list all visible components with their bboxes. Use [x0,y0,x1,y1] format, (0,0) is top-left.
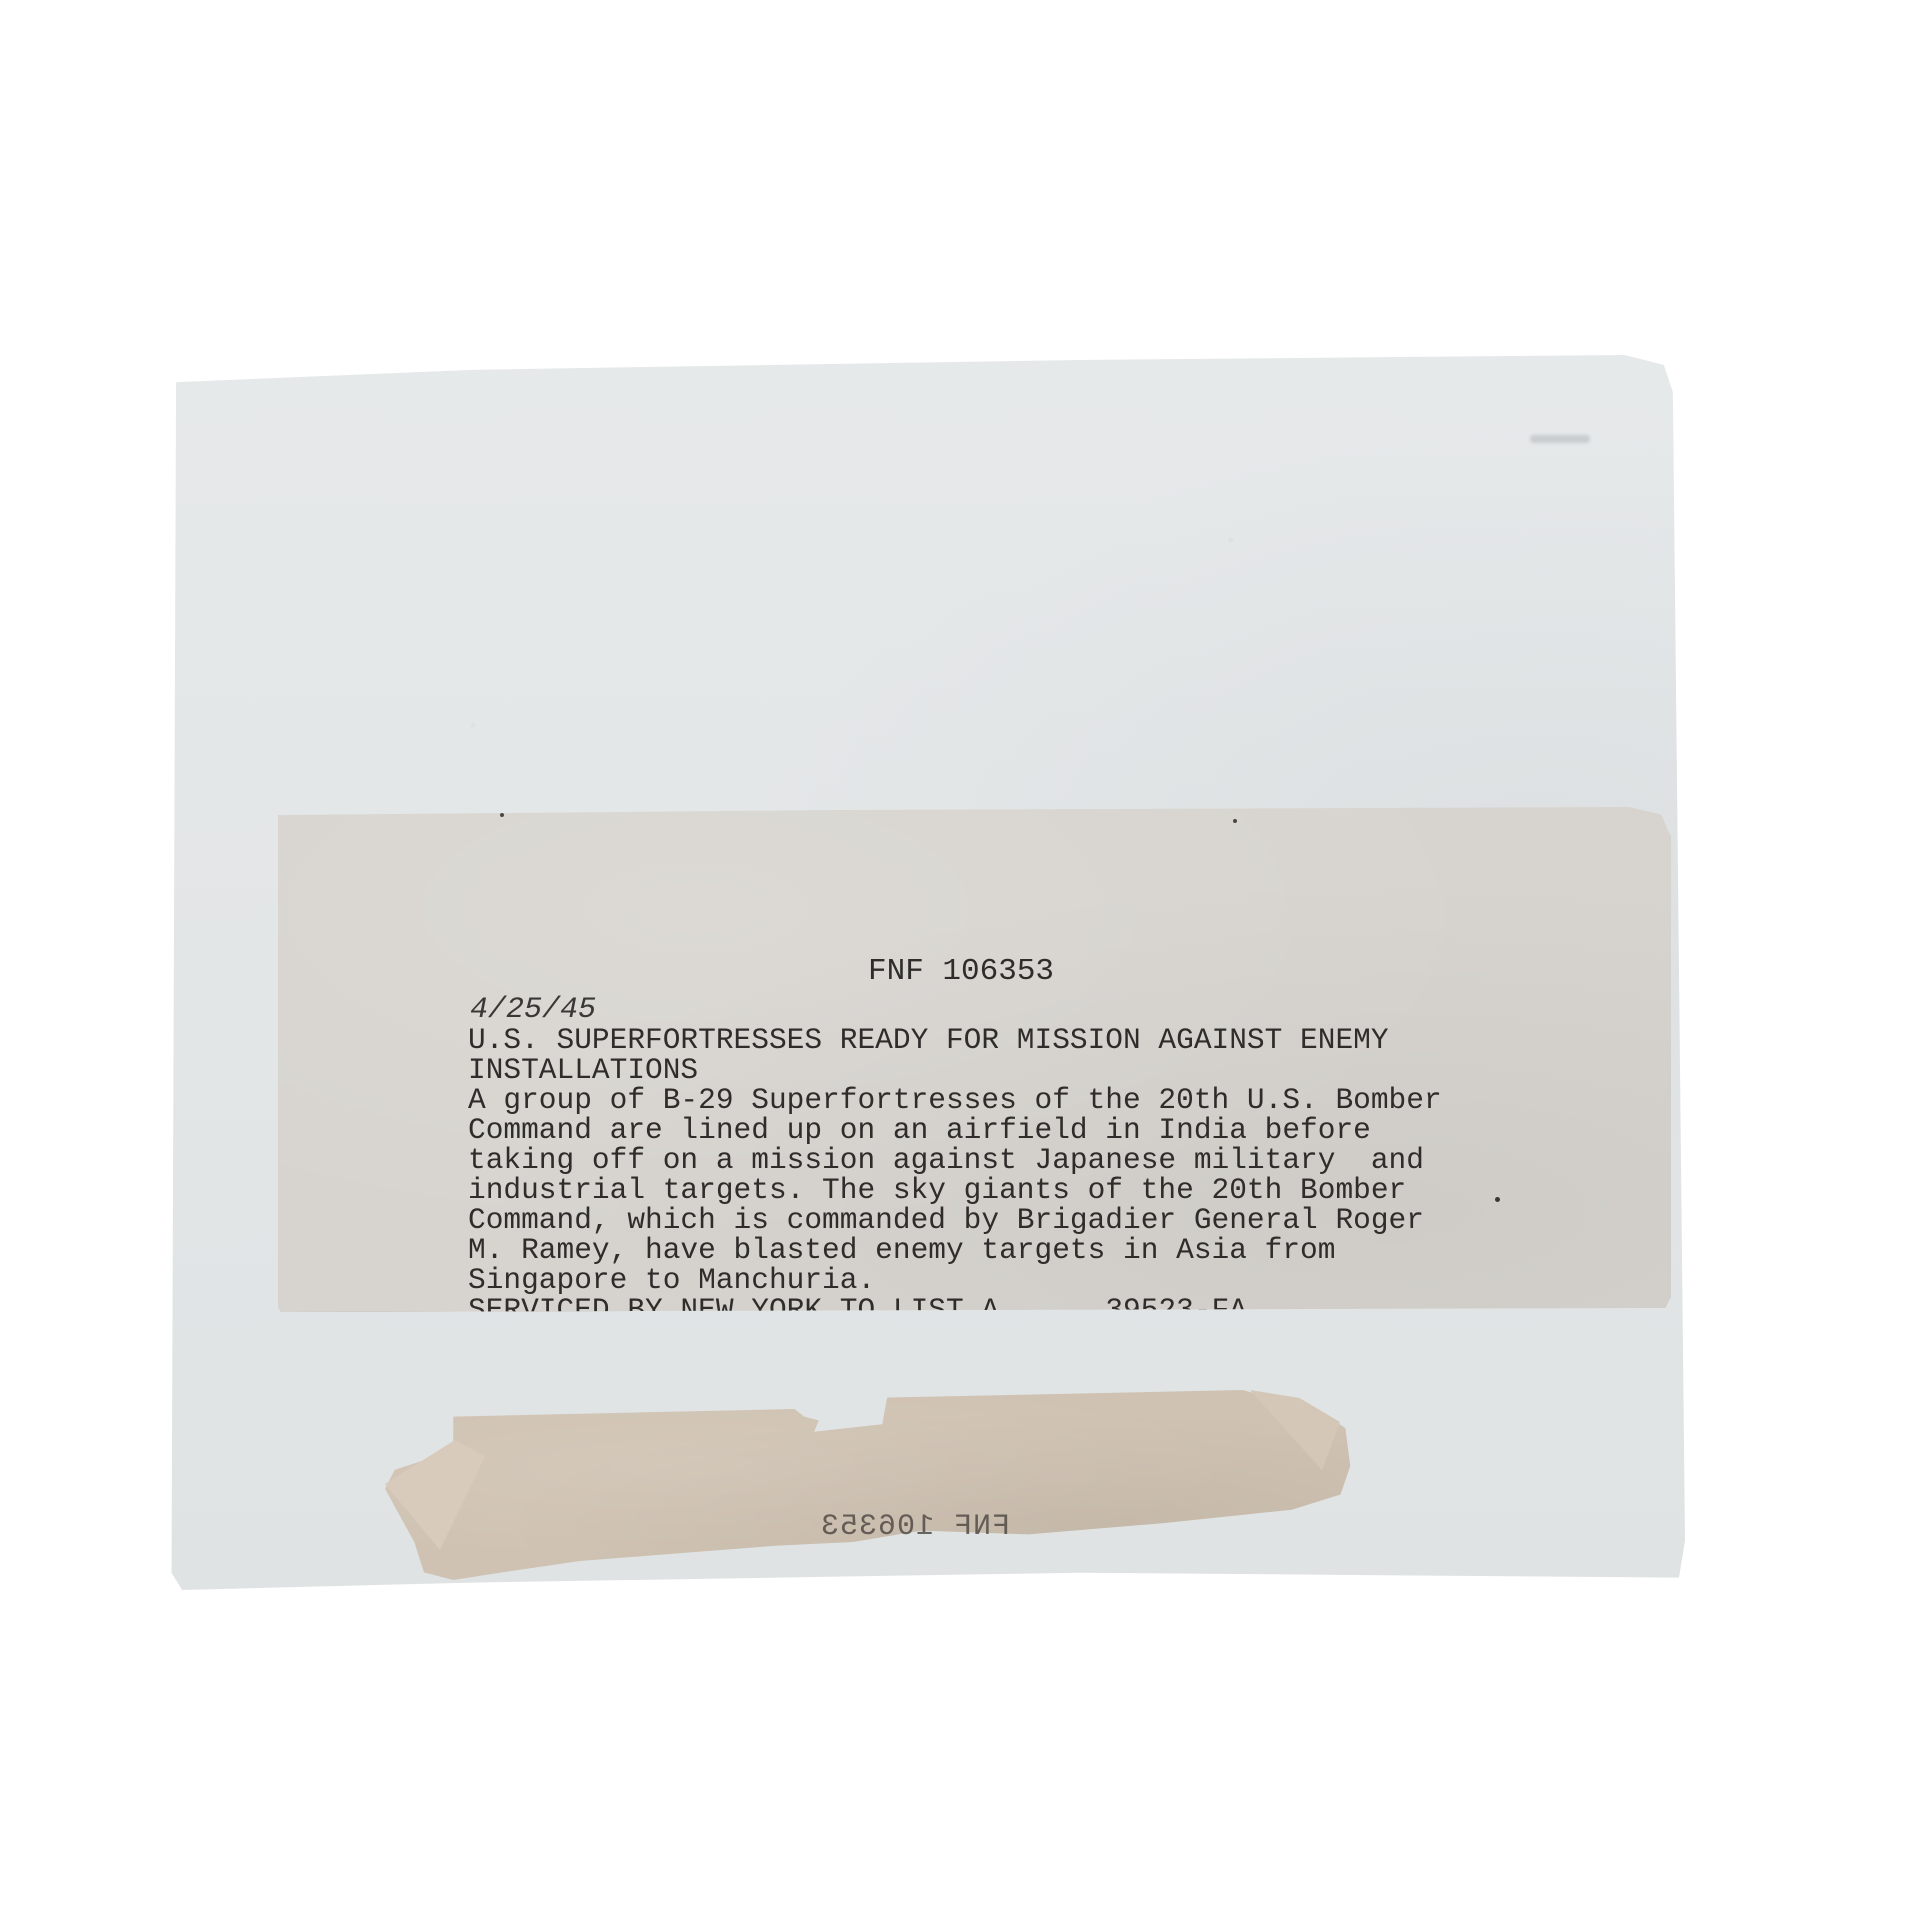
caption-body: U.S. SUPERFORTRESSES READY FOR MISSION A… [468,1025,1442,1355]
body-line-2: Command are lined up on an airfield in I… [468,1115,1442,1145]
body-line-7: Singapore to Manchuria. [468,1265,1442,1295]
body-line-1: A group of B-29 Superfortresses of the 2… [468,1085,1442,1115]
mirrored-stamp: FNF 106353 [820,1510,1010,1544]
body-line-5: Command, which is commanded by Brigadier… [468,1205,1442,1235]
reference-number: FNF 106353 [868,954,1054,989]
headline-line-2: INSTALLATIONS [468,1055,1442,1085]
caption-label: FNF 106353 4/25/45 U.S. SUPERFORTRESSES … [278,807,1671,1312]
stray-typed-dot [1495,1197,1500,1202]
headline-line-1: U.S. SUPERFORTRESSES READY FOR MISSION A… [468,1025,1442,1055]
handwritten-date: 4/25/45 [470,993,596,1027]
body-line-3: taking off on a mission against Japanese… [468,1145,1442,1175]
body-line-6: M. Ramey, have blasted enemy targets in … [468,1235,1442,1265]
photo-stage: FNF 106353 4/25/45 U.S. SUPERFORTRESSES … [0,0,1920,1920]
ink-speck [1233,819,1237,823]
ink-speck [500,813,504,817]
body-line-4: industrial targets. The sky giants of th… [468,1175,1442,1205]
faint-pencil-mark [1530,435,1590,443]
